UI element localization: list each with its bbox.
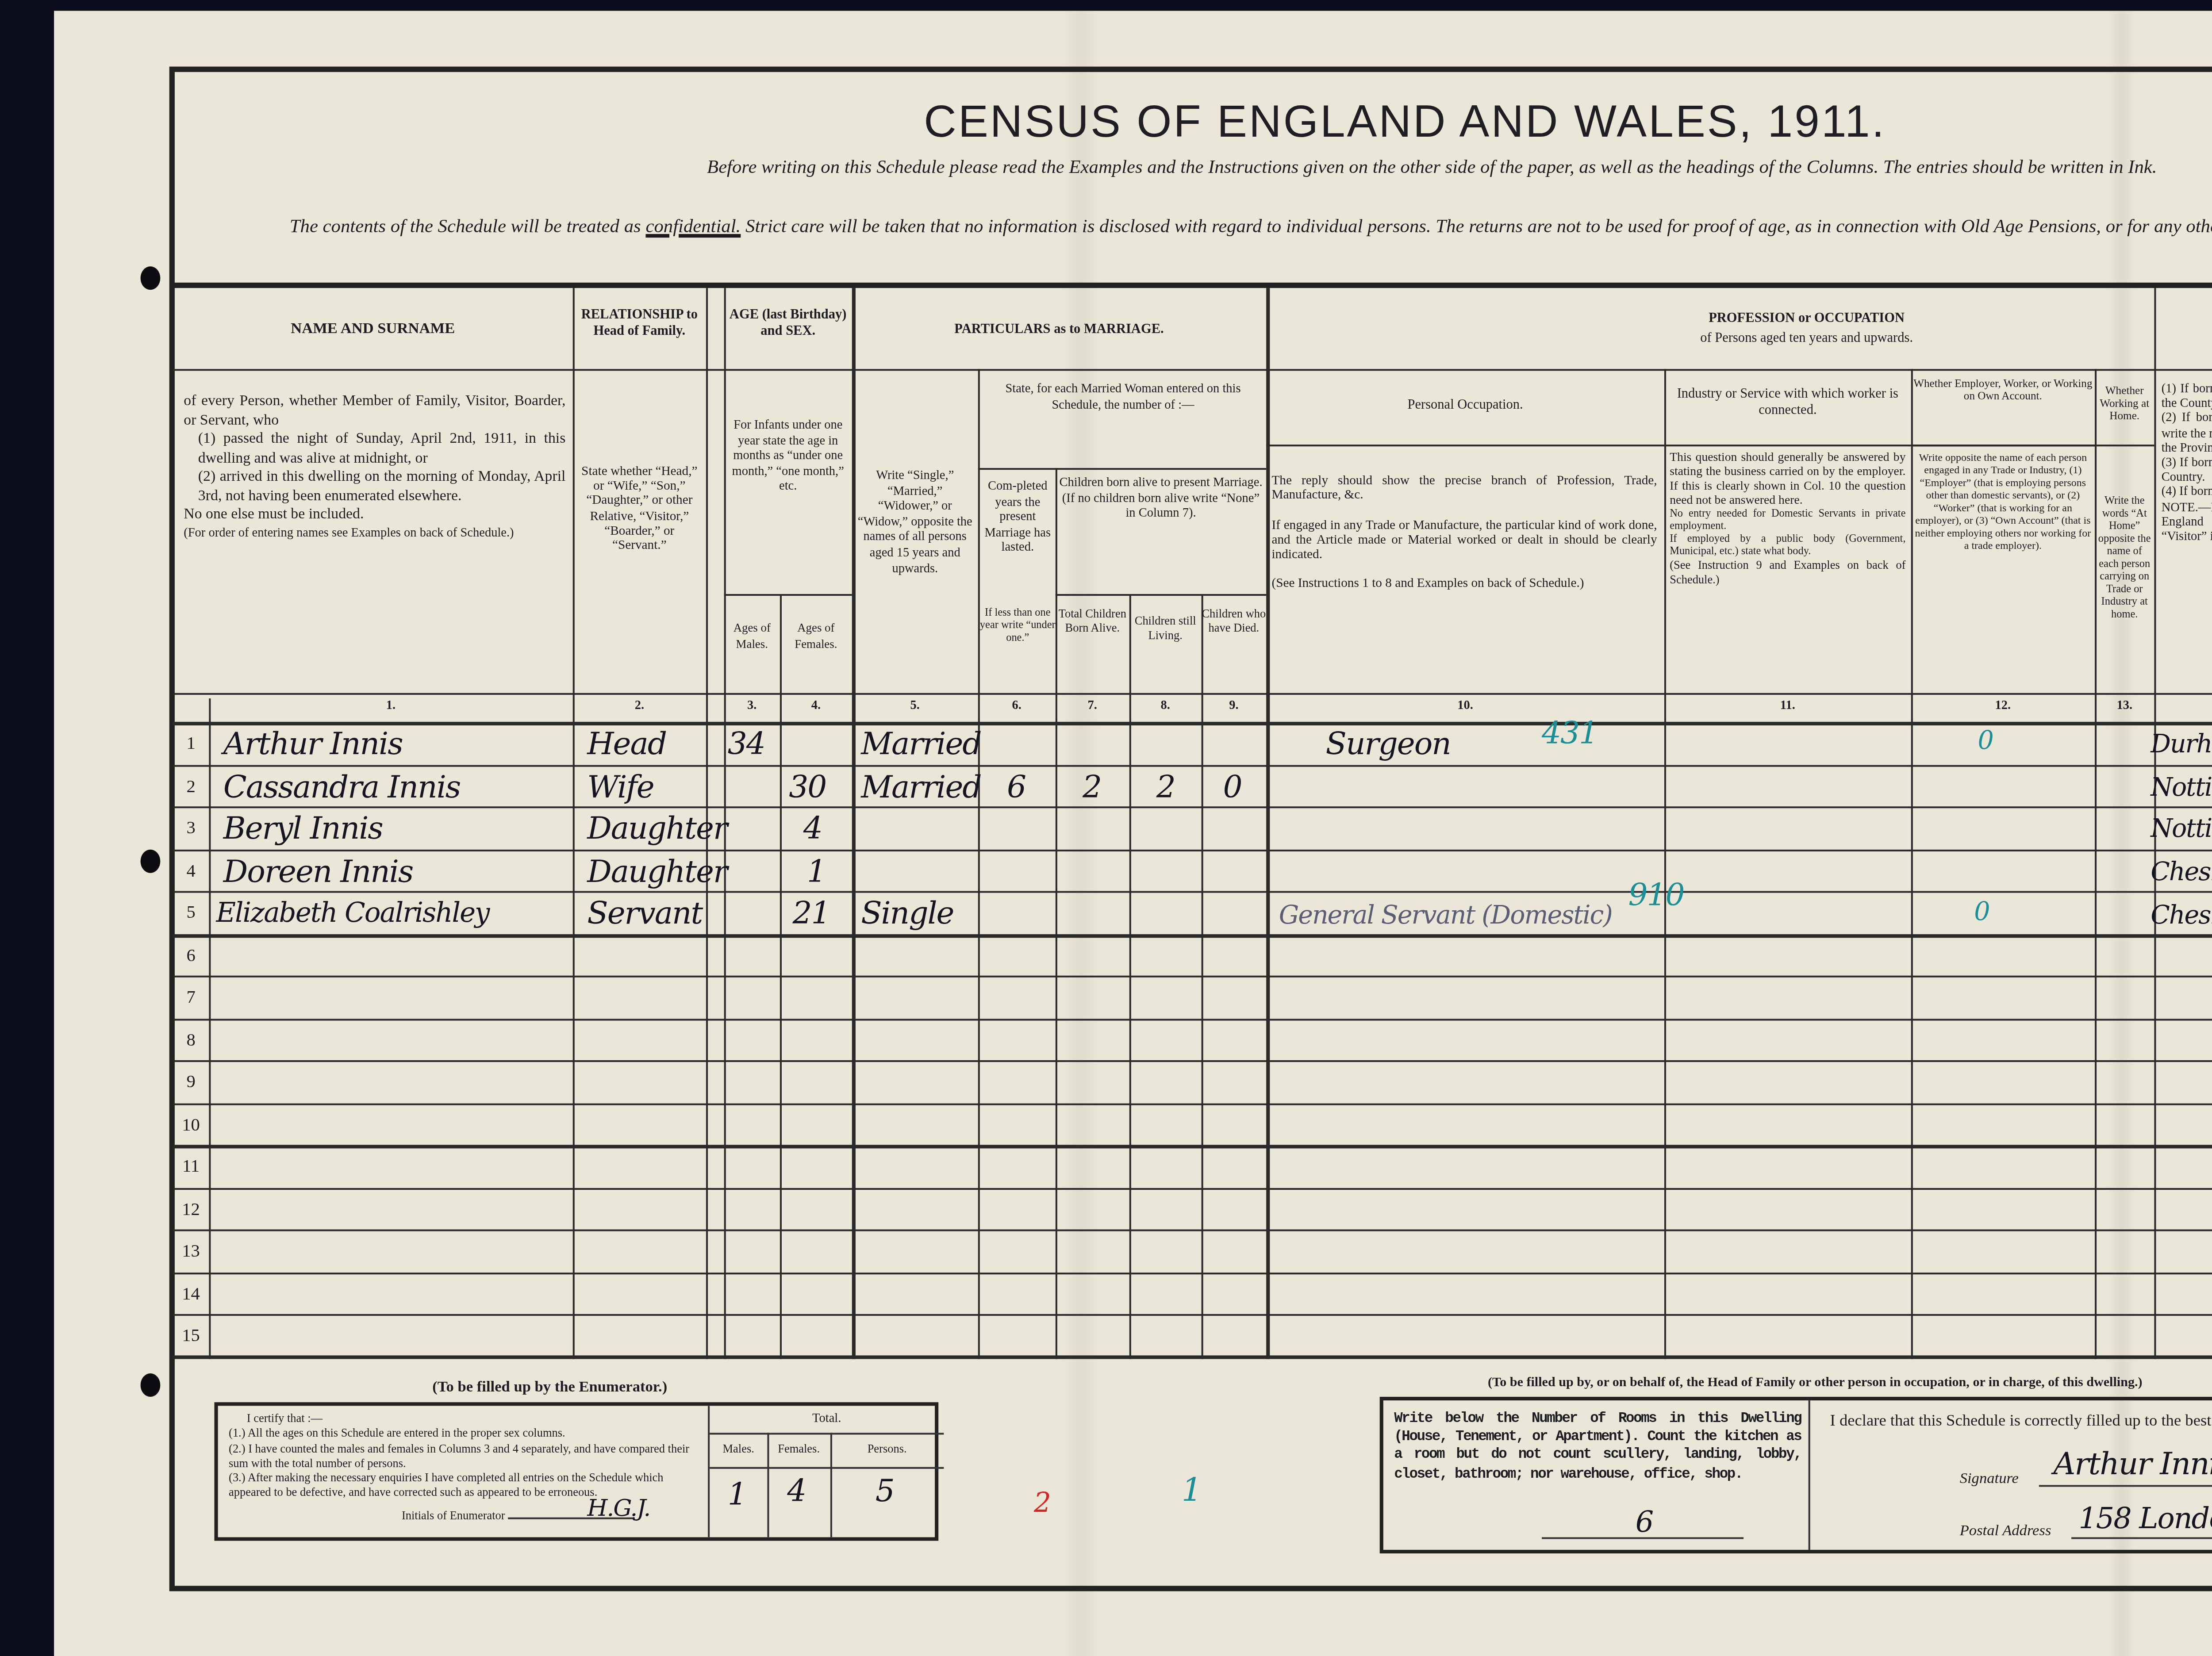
age-description: For Infants under one year state the age…	[724, 418, 852, 495]
binder-hole	[141, 266, 161, 290]
row-number: 5	[173, 904, 209, 924]
col4-title: Ages of Females.	[780, 623, 852, 654]
age-male-cell[interactable]: 34	[728, 727, 765, 763]
row-number: 11	[173, 1158, 209, 1177]
col8-title: Children still Living.	[1129, 616, 1202, 643]
birthplace-cell[interactable]: Nottingham. Greasley	[2151, 774, 2212, 803]
still-living-cell[interactable]: 2	[1156, 770, 1175, 806]
birthplace-cell[interactable]: Durham. Sunderland	[2151, 731, 2212, 759]
occupation-title: PROFESSION or OCCUPATION	[1266, 310, 2212, 326]
col6-description: Com-pleted years the present Marriage ha…	[980, 479, 1056, 556]
relationship-cell[interactable]: Daughter	[587, 812, 727, 847]
col14-title: BIRTHPLACE	[2154, 313, 2212, 330]
row-number: 6	[173, 947, 209, 967]
row-number: 1	[173, 734, 209, 754]
binder-hole	[141, 1373, 161, 1397]
occupation-code-mark: 431	[1542, 717, 1598, 752]
marital-cell[interactable]: Married	[861, 727, 981, 763]
relationship-cell[interactable]: Servant	[587, 897, 702, 932]
census-schedule-page: CENSUS OF ENGLAND AND WALES, 1911. Befor…	[0, 0, 2212, 1656]
col-number: 13.	[2095, 698, 2154, 713]
rooms-count[interactable]: 6	[1636, 1505, 1653, 1539]
row-number: 8	[173, 1031, 209, 1051]
total-males[interactable]: 1	[728, 1478, 746, 1514]
col13-title: Whether Working at Home.	[2095, 385, 2154, 423]
age-female-cell[interactable]: 21	[792, 897, 829, 932]
name-cell[interactable]: Cassandra Innis	[223, 770, 460, 806]
head-caption: (To be filled up by, or on behalf of, th…	[1488, 1373, 2143, 1390]
binder-hole	[141, 850, 161, 873]
relationship-cell[interactable]: Daughter	[587, 855, 727, 891]
row-number: 10	[173, 1116, 209, 1136]
col-number: 5.	[852, 698, 978, 713]
row-number: 15	[173, 1326, 209, 1346]
rooms-instructions: Write below the Number of Rooms in this …	[1394, 1411, 1801, 1485]
relationship-cell[interactable]: Wife	[587, 770, 654, 806]
col7-title: Total Children Born Alive.	[1056, 609, 1129, 636]
row-number: 9	[173, 1073, 209, 1092]
birthplace-cell[interactable]: Cheshire. Northwich	[2151, 902, 2212, 931]
col-number: 9.	[1202, 698, 1267, 713]
col-number: 3.	[724, 698, 780, 713]
marital-cell[interactable]: Married	[861, 770, 981, 806]
col1-title: NAME AND SURNAME	[173, 320, 573, 337]
relationship-cell[interactable]: Head	[587, 727, 666, 763]
col10-title: Personal Occupation.	[1266, 396, 1664, 412]
total-label: Total.	[710, 1411, 944, 1426]
col14-subtitle: of every person.	[2154, 331, 2212, 348]
confidentiality-notice: The contents of the Schedule will be tre…	[180, 212, 2212, 243]
col1-description: of every Person, whether Member of Famil…	[184, 392, 565, 540]
postal-address-label: Postal Address	[1960, 1521, 2051, 1539]
col-number: 6.	[978, 698, 1056, 713]
col12-description: Write opposite the name of each person e…	[1915, 454, 2091, 555]
col-number: 2.	[573, 698, 706, 713]
years-married-cell[interactable]: 6	[1007, 770, 1025, 806]
signature-value[interactable]: Arthur Innis	[2053, 1447, 2212, 1483]
col11-title: Industry or Service with which worker is…	[1664, 385, 1911, 418]
enumerator-initials[interactable]: H.G.J.	[587, 1496, 650, 1523]
occupation-cell[interactable]: General Servant (Domestic)	[1279, 902, 1612, 931]
occupation-subtitle: of Persons aged ten years and upwards.	[1266, 330, 2212, 346]
declaration-text: I declare that this Schedule is correctl…	[1830, 1411, 2212, 1430]
postal-address-value[interactable]: 158 London Road - Northwich	[2078, 1501, 2212, 1535]
col2-title: RELATIONSHIP to Head of Family.	[573, 306, 706, 338]
col5-description: Write “Single,” “Married,” “Widower,” or…	[857, 468, 973, 576]
row-number: 7	[173, 988, 209, 1008]
instruction-line: Before writing on this Schedule please r…	[360, 158, 2212, 178]
occupation-code-mark: 910	[1628, 878, 1684, 914]
name-cell[interactable]: Doreen Innis	[223, 855, 413, 891]
birthplace-cell[interactable]: Nottingham Greasley	[2151, 816, 2212, 844]
col-number: 1.	[209, 698, 572, 713]
row-number: 2	[173, 778, 209, 797]
col14-description: (1) If born in the United Kingdom, write…	[2162, 382, 2212, 544]
name-cell[interactable]: Elizabeth Coalrishley	[216, 897, 489, 929]
head-declaration-box: Write below the Number of Rooms in this …	[1380, 1397, 2212, 1553]
col6-subnote: If less than one year write “under one.”	[980, 609, 1056, 646]
col-number: 11.	[1664, 698, 1911, 713]
col12-title: Whether Employer, Worker, or Working on …	[1911, 378, 2095, 403]
rooms-section: Write below the Number of Rooms in this …	[1383, 1400, 1810, 1550]
died-cell[interactable]: 0	[1223, 770, 1241, 806]
males-label: Males.	[710, 1444, 767, 1456]
row-number: 12	[173, 1200, 209, 1220]
col-number: 12.	[1911, 698, 2095, 713]
employment-cell[interactable]: 0	[1974, 898, 1989, 927]
col-number: 14.	[2154, 698, 2212, 713]
persons-label: Persons.	[830, 1444, 944, 1456]
col-number: 8.	[1129, 698, 1202, 713]
col-number: 7.	[1056, 698, 1129, 713]
row-number: 4	[173, 862, 209, 882]
females-label: Females.	[767, 1444, 830, 1456]
row-number: 3	[173, 819, 209, 839]
age-female-cell[interactable]: 1	[807, 855, 826, 891]
marriage-state-note: State, for each Married Woman entered on…	[983, 382, 1263, 413]
name-cell[interactable]: Arthur Innis	[223, 727, 403, 763]
col3-title: Ages of Males.	[724, 623, 780, 654]
birthplace-cell[interactable]: Cheshire. Northwich	[2151, 859, 2212, 887]
household-table: NAME AND SURNAME of every Person, whethe…	[173, 283, 2212, 1359]
col13-description: Write the words “At Home” opposite the n…	[2097, 497, 2152, 623]
col-number: 10.	[1266, 698, 1664, 713]
enumerator-caption: (To be filled up by the Enumerator.)	[432, 1377, 667, 1395]
enumerator-certificate: I certify that :— (1.) All the ages on t…	[214, 1402, 938, 1541]
total-females[interactable]: 4	[787, 1474, 806, 1510]
age-female-cell[interactable]: 4	[803, 812, 822, 847]
signature-label: Signature	[1960, 1469, 2019, 1487]
name-cell[interactable]: Beryl Innis	[223, 812, 383, 847]
total-persons[interactable]: 5	[876, 1474, 894, 1510]
row-number: 13	[173, 1242, 209, 1262]
col10-description: The reply should show the precise branch…	[1271, 473, 1657, 592]
age-female-cell[interactable]: 30	[789, 770, 826, 806]
marital-cell[interactable]: Single	[861, 897, 953, 932]
col-number: 4.	[780, 698, 852, 713]
totals-box: Total. Males. Females. Persons. 1 4 5	[708, 1406, 944, 1537]
red-tally-mark: 2	[1034, 1487, 1050, 1519]
col11-description: This question should generally be answer…	[1670, 452, 1905, 586]
col2-description: State whether “Head,” or “Wife,” “Son,” …	[580, 464, 699, 553]
born-alive-cell[interactable]: 2	[1083, 770, 1101, 806]
marriage-title: PARTICULARS as to MARRIAGE.	[852, 320, 1266, 337]
row-number: 14	[173, 1285, 209, 1305]
occupation-cell[interactable]: Surgeon	[1326, 727, 1451, 763]
age-title: AGE (last Birthday) and SEX.	[724, 306, 852, 338]
page-title: CENSUS OF ENGLAND AND WALES, 1911.	[757, 97, 2053, 149]
children-born-note: Children born alive to present Marriage.…	[1059, 475, 1263, 521]
employment-cell[interactable]: 0	[1978, 727, 1993, 756]
col9-title: Children who have Died.	[1202, 609, 1267, 636]
blue-tally-mark: 1	[1182, 1472, 1202, 1510]
